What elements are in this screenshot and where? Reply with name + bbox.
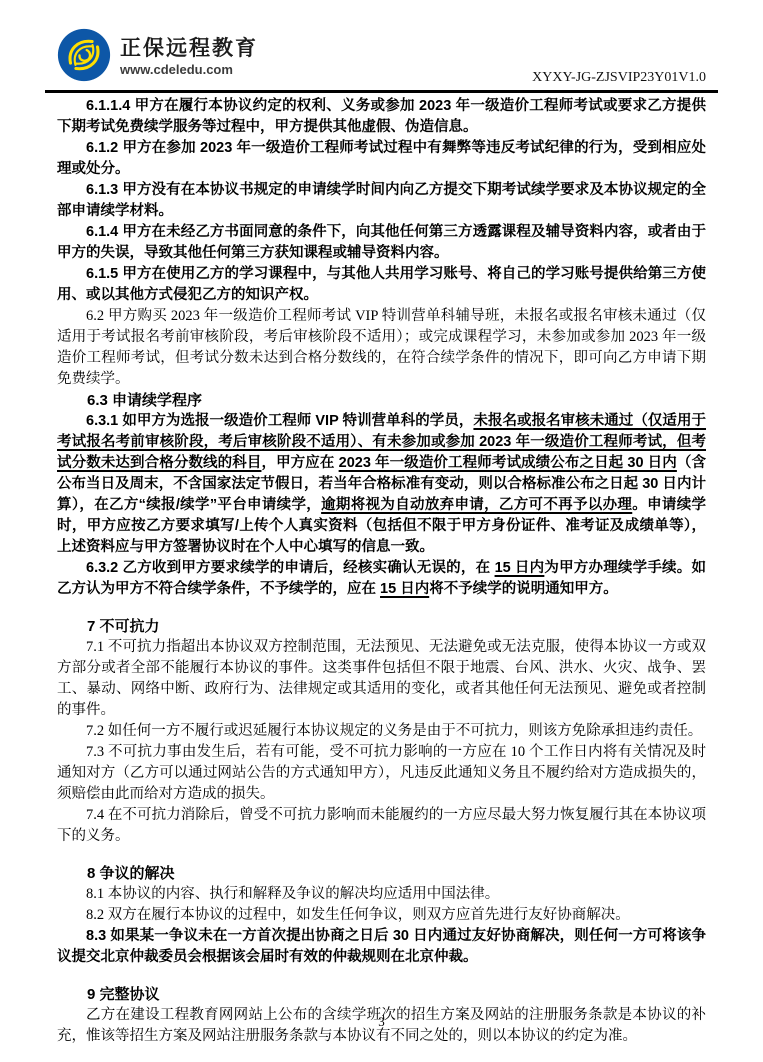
text-segment: 8.3 如果某一争议未在一方首次提出协商之日后 30 日内通过友好协商解决，则任…: [57, 928, 706, 965]
text-segment: 6.2 甲方购买 2023 年一级造价工程师考试 VIP 特训营单科辅导班，未报…: [57, 308, 706, 387]
text-segment: 7 不可抗力: [87, 618, 160, 635]
page-number: 3: [0, 1014, 763, 1030]
text-segment: 7.4 在不可抗力消除后，曾受不可抗力影响而未能履约的一方应尽最大努力恢复履行其…: [57, 807, 706, 844]
paragraph: 7.3 不可抗力事由发生后，若有可能，受不可抗力影响的一方应在 10 个工作日内…: [57, 742, 706, 805]
text-segment: 6.3.2 乙方收到甲方要求续学的申请后，经核实确认无误的，在: [86, 560, 495, 576]
paragraph: 6.3.1 如甲方为选报一级造价工程师 VIP 特训营单科的学员，未报名或报名审…: [57, 411, 706, 558]
text-segment: 7.2 如任何一方不履行或迟延履行本协议规定的义务是由于不可抗力，则该方免除承担…: [86, 723, 702, 739]
text-segment: 6.3 申请续学程序: [87, 392, 202, 409]
underlined-text: 15 日内: [495, 560, 545, 576]
text-segment: 8.1 本协议的内容、执行和解释及争议的解决均应适用中国法律。: [86, 886, 499, 902]
paragraph: 6.1.2 甲方在参加 2023 年一级造价工程师考试过程中有舞弊等违反考试纪律…: [57, 138, 706, 180]
paragraph: 6.1.5 甲方在使用乙方的学习课程中，与其他人共用学习账号、将自己的学习账号提…: [57, 264, 706, 306]
paragraph: 8.1 本协议的内容、执行和解释及争议的解决均应适用中国法律。: [57, 884, 706, 905]
text-segment: 6.1.1.4 甲方在履行本协议约定的权利、义务或参加 2023 年一级造价工程…: [57, 98, 706, 135]
text-segment: 6.1.5 甲方在使用乙方的学习课程中，与其他人共用学习账号、将自己的学习账号提…: [57, 266, 706, 303]
text-segment: 6.3.1 如甲方为选报一级造价工程师 VIP 特训营单科的学员，: [86, 413, 473, 429]
text-segment: 7.1 不可抗力指超出本协议双方控制范围，无法预见、无法避免或无法克服，使得本协…: [57, 639, 706, 718]
section-heading: 9 完整协议: [57, 984, 706, 1005]
text-segment: 将不予续学的说明通知甲方。: [429, 581, 618, 597]
brand-logo: 正保远程教育 www.cdeledu.com: [57, 28, 258, 87]
text-segment: 6.1.4 甲方在未经乙方书面同意的条件下，向其他任何第三方透露课程及辅导资料内…: [57, 224, 706, 261]
paragraph: 8.2 双方在履行本协议的过程中，如发生任何争议，则双方应首先进行友好协商解决。: [57, 905, 706, 926]
paragraph: 6.1.1.4 甲方在履行本协议约定的权利、义务或参加 2023 年一级造价工程…: [57, 96, 706, 138]
text-segment: 6.1.2 甲方在参加 2023 年一级造价工程师考试过程中有舞弊等违反考试纪律…: [57, 140, 706, 177]
brand-url: www.cdeledu.com: [120, 63, 258, 77]
document-code: XYXY-JG-ZJSVIP23Y01V1.0: [532, 70, 706, 87]
paragraph: 7.2 如任何一方不履行或迟延履行本协议规定的义务是由于不可抗力，则该方免除承担…: [57, 721, 706, 742]
underlined-text: 15 日内: [380, 581, 429, 597]
paragraph: 7.1 不可抗力指超出本协议双方控制范围，无法预见、无法避免或无法克服，使得本协…: [57, 637, 706, 721]
text-segment: 8.2 双方在履行本协议的过程中，如发生任何争议，则双方应首先进行友好协商解决。: [86, 907, 630, 923]
text-segment: 8 争议的解决: [87, 865, 175, 882]
brand-name: 正保远程教育: [120, 37, 258, 60]
document-body: 6.1.1.4 甲方在履行本协议约定的权利、义务或参加 2023 年一级造价工程…: [57, 96, 706, 1047]
paragraph: 6.1.3 甲方没有在本协议书规定的申请续学时间内向乙方提交下期考试续学要求及本…: [57, 180, 706, 222]
text-segment: 7.3 不可抗力事由发生后，若有可能，受不可抗力影响的一方应在 10 个工作日内…: [57, 744, 706, 802]
paragraph: 6.2 甲方购买 2023 年一级造价工程师考试 VIP 特训营单科辅导班，未报…: [57, 306, 706, 390]
paragraph: 6.3.2 乙方收到甲方要求续学的申请后，经核实确认无误的，在 15 日内为甲方…: [57, 558, 706, 600]
text-segment: 6.1.3 甲方没有在本协议书规定的申请续学时间内向乙方提交下期考试续学要求及本…: [57, 182, 706, 219]
paragraph: 7.4 在不可抗力消除后，曾受不可抗力影响而未能履约的一方应尽最大努力恢复履行其…: [57, 805, 706, 847]
brand-text: 正保远程教育 www.cdeledu.com: [120, 37, 258, 77]
page-header: 正保远程教育 www.cdeledu.com XYXY-JG-ZJSVIP23Y…: [57, 28, 706, 87]
header-rule: [45, 90, 718, 93]
underlined-text: 2023 年一级造价工程师考试成绩公布之日起 30 日内: [339, 455, 677, 471]
paragraph: 8.3 如果某一争议未在一方首次提出协商之日后 30 日内通过友好协商解决，则任…: [57, 926, 706, 968]
document-page: 正保远程教育 www.cdeledu.com XYXY-JG-ZJSVIP23Y…: [0, 0, 763, 1062]
underlined-text: 逾期将视为自动放弃申请，乙方可不再予以办理: [321, 497, 632, 513]
text-segment: 9 完整协议: [87, 986, 160, 1003]
paragraph: 6.1.4 甲方在未经乙方书面同意的条件下，向其他任何第三方透露课程及辅导资料内…: [57, 222, 706, 264]
section-heading: 7 不可抗力: [57, 616, 706, 637]
section-heading: 6.3 申请续学程序: [57, 390, 706, 411]
swirl-globe-icon: [57, 28, 111, 87]
section-heading: 8 争议的解决: [57, 863, 706, 884]
text-segment: ，甲方应在: [261, 455, 338, 471]
